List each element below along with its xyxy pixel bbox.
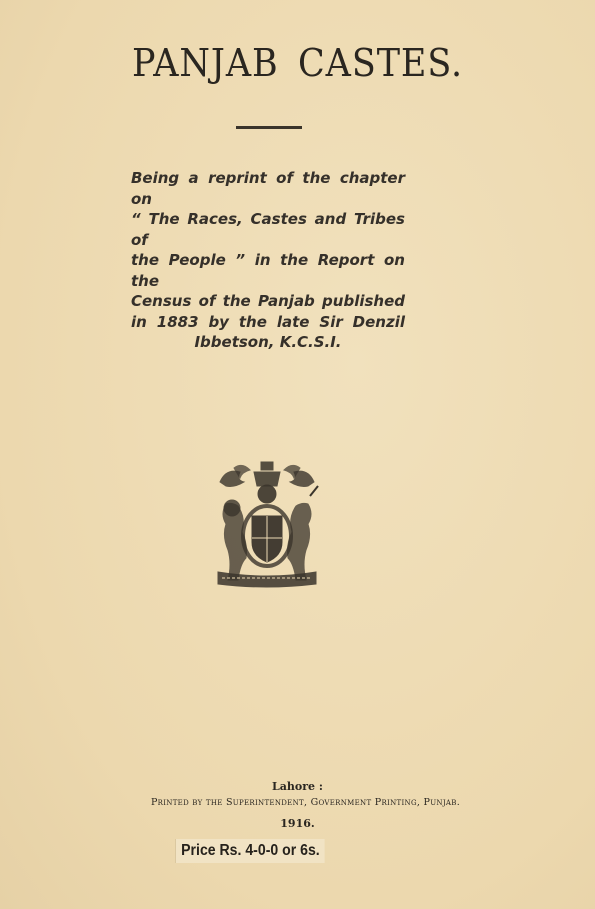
subtitle-line: in 1883 by the late Sir Denzil <box>131 312 405 333</box>
subtitle-line: Being a reprint of the chapter on <box>131 168 405 209</box>
subtitle-line: Ibbetson, K.C.S.I. <box>131 332 405 353</box>
price-label: Price Rs. 4-0-0 or 6s. <box>175 839 325 863</box>
imprint-printer: Printed by the Superintendent, Governmen… <box>8 797 595 808</box>
subtitle-line: “ The Races, Castes and Tribes of <box>131 209 405 250</box>
imprint-year: 1916. <box>0 817 595 830</box>
subtitle-block: Being a reprint of the chapter on “ The … <box>131 168 405 353</box>
subtitle-line: Census of the Panjab published <box>131 291 405 312</box>
royal-coat-of-arms-icon <box>212 460 322 590</box>
title-divider <box>236 126 302 129</box>
page-title: PANJAB CASTES. <box>24 40 571 86</box>
subtitle-line: the People ” in the Report on the <box>131 250 405 291</box>
imprint-place: Lahore : <box>0 780 595 793</box>
